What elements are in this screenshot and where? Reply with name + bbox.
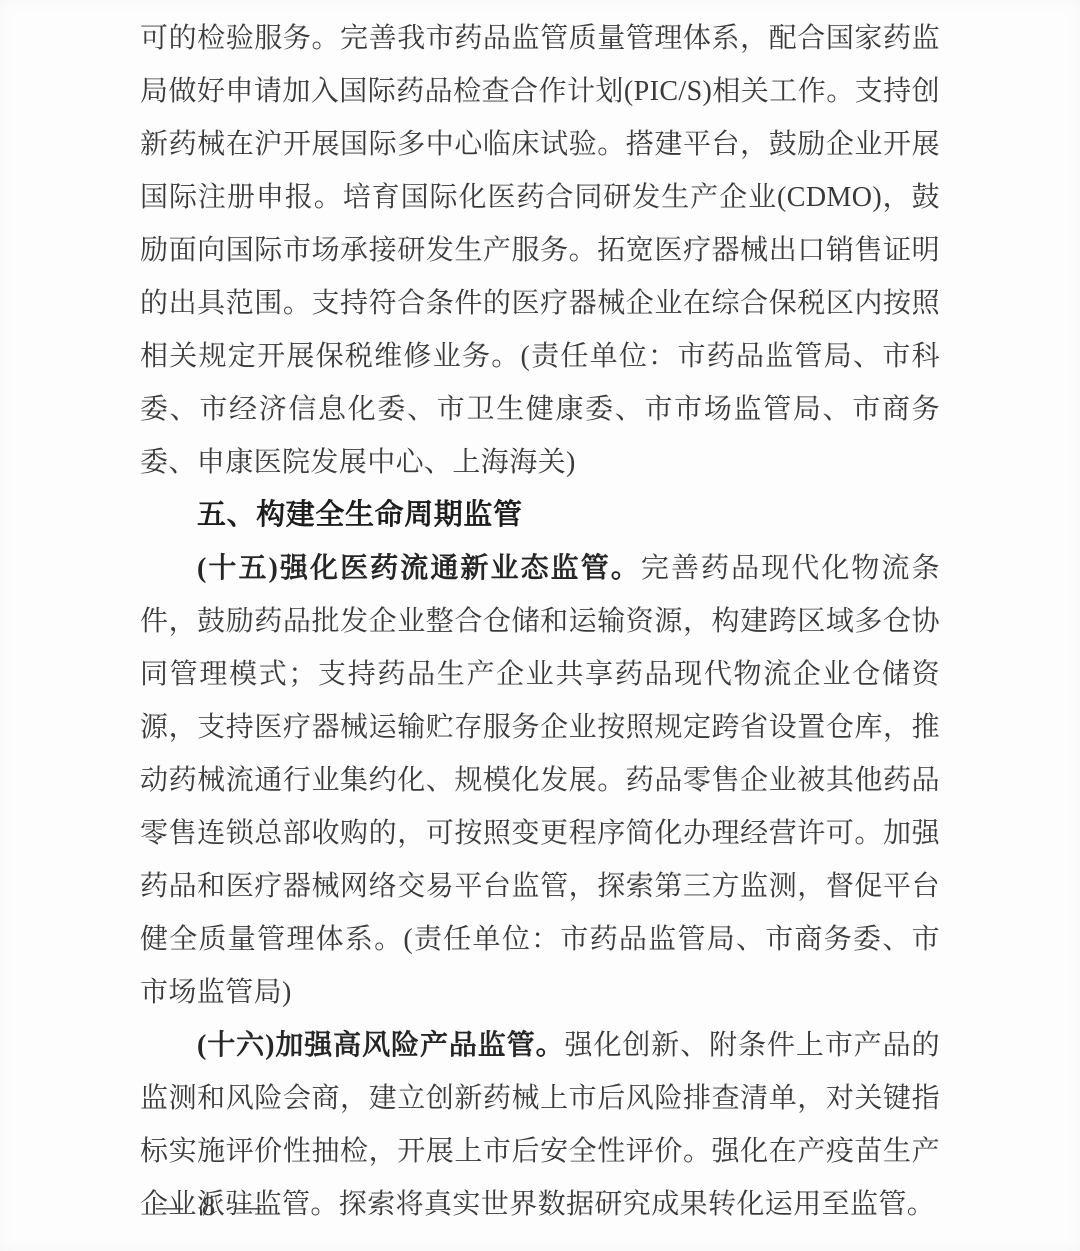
clause-16-lead: (十六)加强高风险产品监管。 [197, 1030, 565, 1061]
document-body: 可的检验服务。完善我市药品监管质量管理体系，配合国家药监局做好申请加入国际药品检… [140, 12, 940, 1231]
page-number: — 8 — [156, 1186, 267, 1226]
clause-15-lead: (十五)强化医药流通新业态监管。 [197, 553, 641, 584]
clause-15-paragraph: (十五)强化医药流通新业态监管。完善药品现代化物流条件，鼓励药品批发企业整合仓储… [140, 542, 940, 1019]
document-page: 可的检验服务。完善我市药品监管质量管理体系，配合国家药监局做好申请加入国际药品检… [0, 0, 1080, 1251]
section-heading: 五、构建全生命周期监管 [140, 489, 940, 542]
paragraph-continuation: 可的检验服务。完善我市药品监管质量管理体系，配合国家药监局做好申请加入国际药品检… [140, 12, 940, 489]
clause-15-body: 完善药品现代化物流条件，鼓励药品批发企业整合仓储和运输资源，构建跨区域多仓协同管… [140, 553, 940, 1008]
